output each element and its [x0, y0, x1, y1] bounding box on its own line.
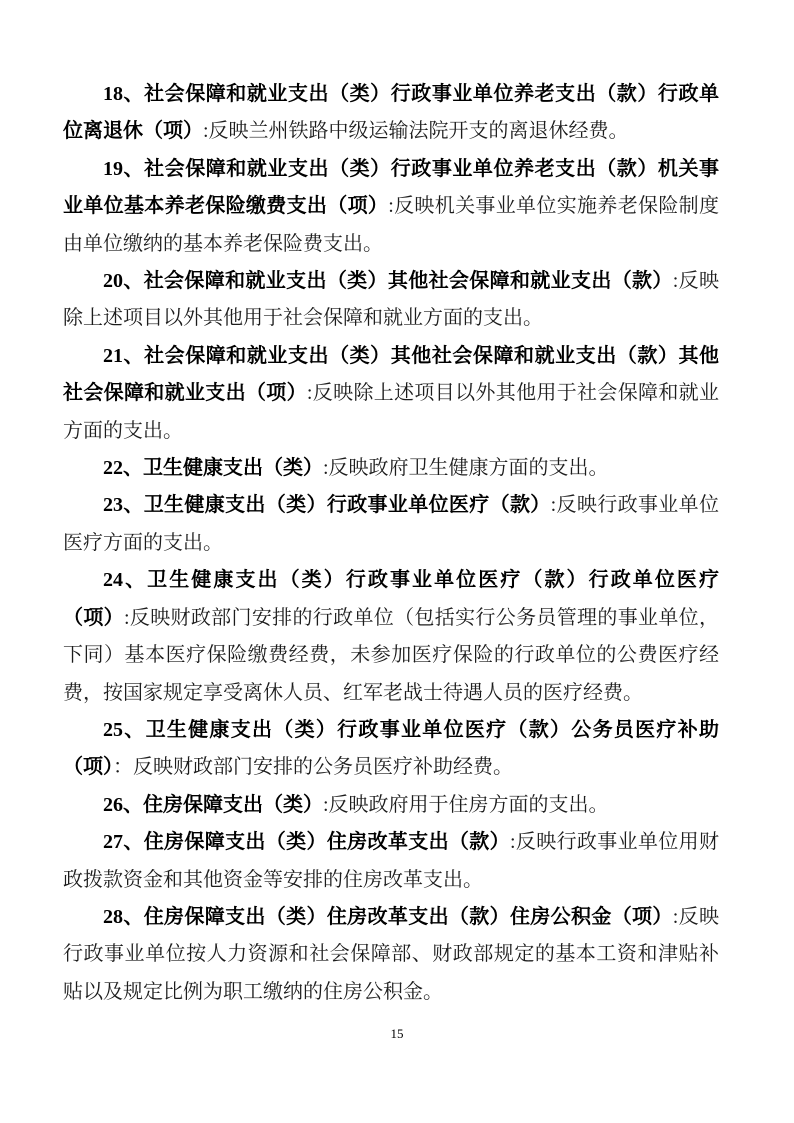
budget-item-27: 27、住房保障支出（类）住房改革支出（款）:反映行政事业单位用财政拨款资金和其他… [63, 824, 719, 899]
budget-item-24: 24、卫生健康支出（类）行政事业单位医疗（款）行政单位医疗（项）:反映财政部门安… [63, 562, 719, 712]
budget-item-heading: 27、住房保障支出（类）住房改革支出（款） [103, 831, 510, 853]
budget-item-26: 26、住房保障支出（类）:反映政府用于住房方面的支出。 [63, 787, 719, 824]
budget-item-heading: 22、卫生健康支出（类） [103, 457, 323, 479]
budget-item-description: :反映政府卫生健康方面的支出。 [323, 457, 609, 479]
budget-item-heading: 28、住房保障支出（类）住房改革支出（款）住房公积金（项） [103, 906, 673, 928]
document-body: 18、社会保障和就业支出（类）行政事业单位养老支出（款）行政单位离退休（项）:反… [63, 76, 719, 1011]
budget-item-28: 28、住房保障支出（类）住房改革支出（款）住房公积金（项）:反映行政事业单位按人… [63, 899, 719, 1011]
budget-item-21: 21、社会保障和就业支出（类）其他社会保障和就业支出（款）其他社会保障和就业支出… [63, 338, 719, 450]
budget-item-heading: 23、卫生健康支出（类）行政事业单位医疗（款） [103, 494, 551, 516]
budget-item-22: 22、卫生健康支出（类）:反映政府卫生健康方面的支出。 [63, 450, 719, 487]
budget-item-description: :反映兰州铁路中级运输法院开支的离退休经费。 [203, 120, 629, 142]
budget-item-description: ：反映财政部门安排的公务员医疗补助经费。 [113, 756, 513, 778]
page-number: 15 [0, 1026, 794, 1042]
budget-item-25: 25、卫生健康支出（类）行政事业单位医疗（款）公务员医疗补助（项）：反映财政部门… [63, 712, 719, 787]
budget-item-20: 20、社会保障和就业支出（类）其他社会保障和就业支出（款）:反映除上述项目以外其… [63, 263, 719, 338]
budget-item-description: :反映财政部门安排的行政单位（包括实行公务员管理的事业单位，下同）基本医疗保险缴… [63, 607, 719, 704]
document-page: 18、社会保障和就业支出（类）行政事业单位养老支出（款）行政单位离退休（项）:反… [0, 0, 794, 1123]
budget-item-heading: 26、住房保障支出（类） [103, 794, 323, 816]
budget-item-heading: 20、社会保障和就业支出（类）其他社会保障和就业支出（款） [103, 270, 673, 292]
budget-item-23: 23、卫生健康支出（类）行政事业单位医疗（款）:反映行政事业单位医疗方面的支出。 [63, 487, 719, 562]
budget-item-19: 19、社会保障和就业支出（类）行政事业单位养老支出（款）机关事业单位基本养老保险… [63, 151, 719, 263]
budget-item-description: :反映政府用于住房方面的支出。 [323, 794, 609, 816]
budget-item-18: 18、社会保障和就业支出（类）行政事业单位养老支出（款）行政单位离退休（项）:反… [63, 76, 719, 151]
